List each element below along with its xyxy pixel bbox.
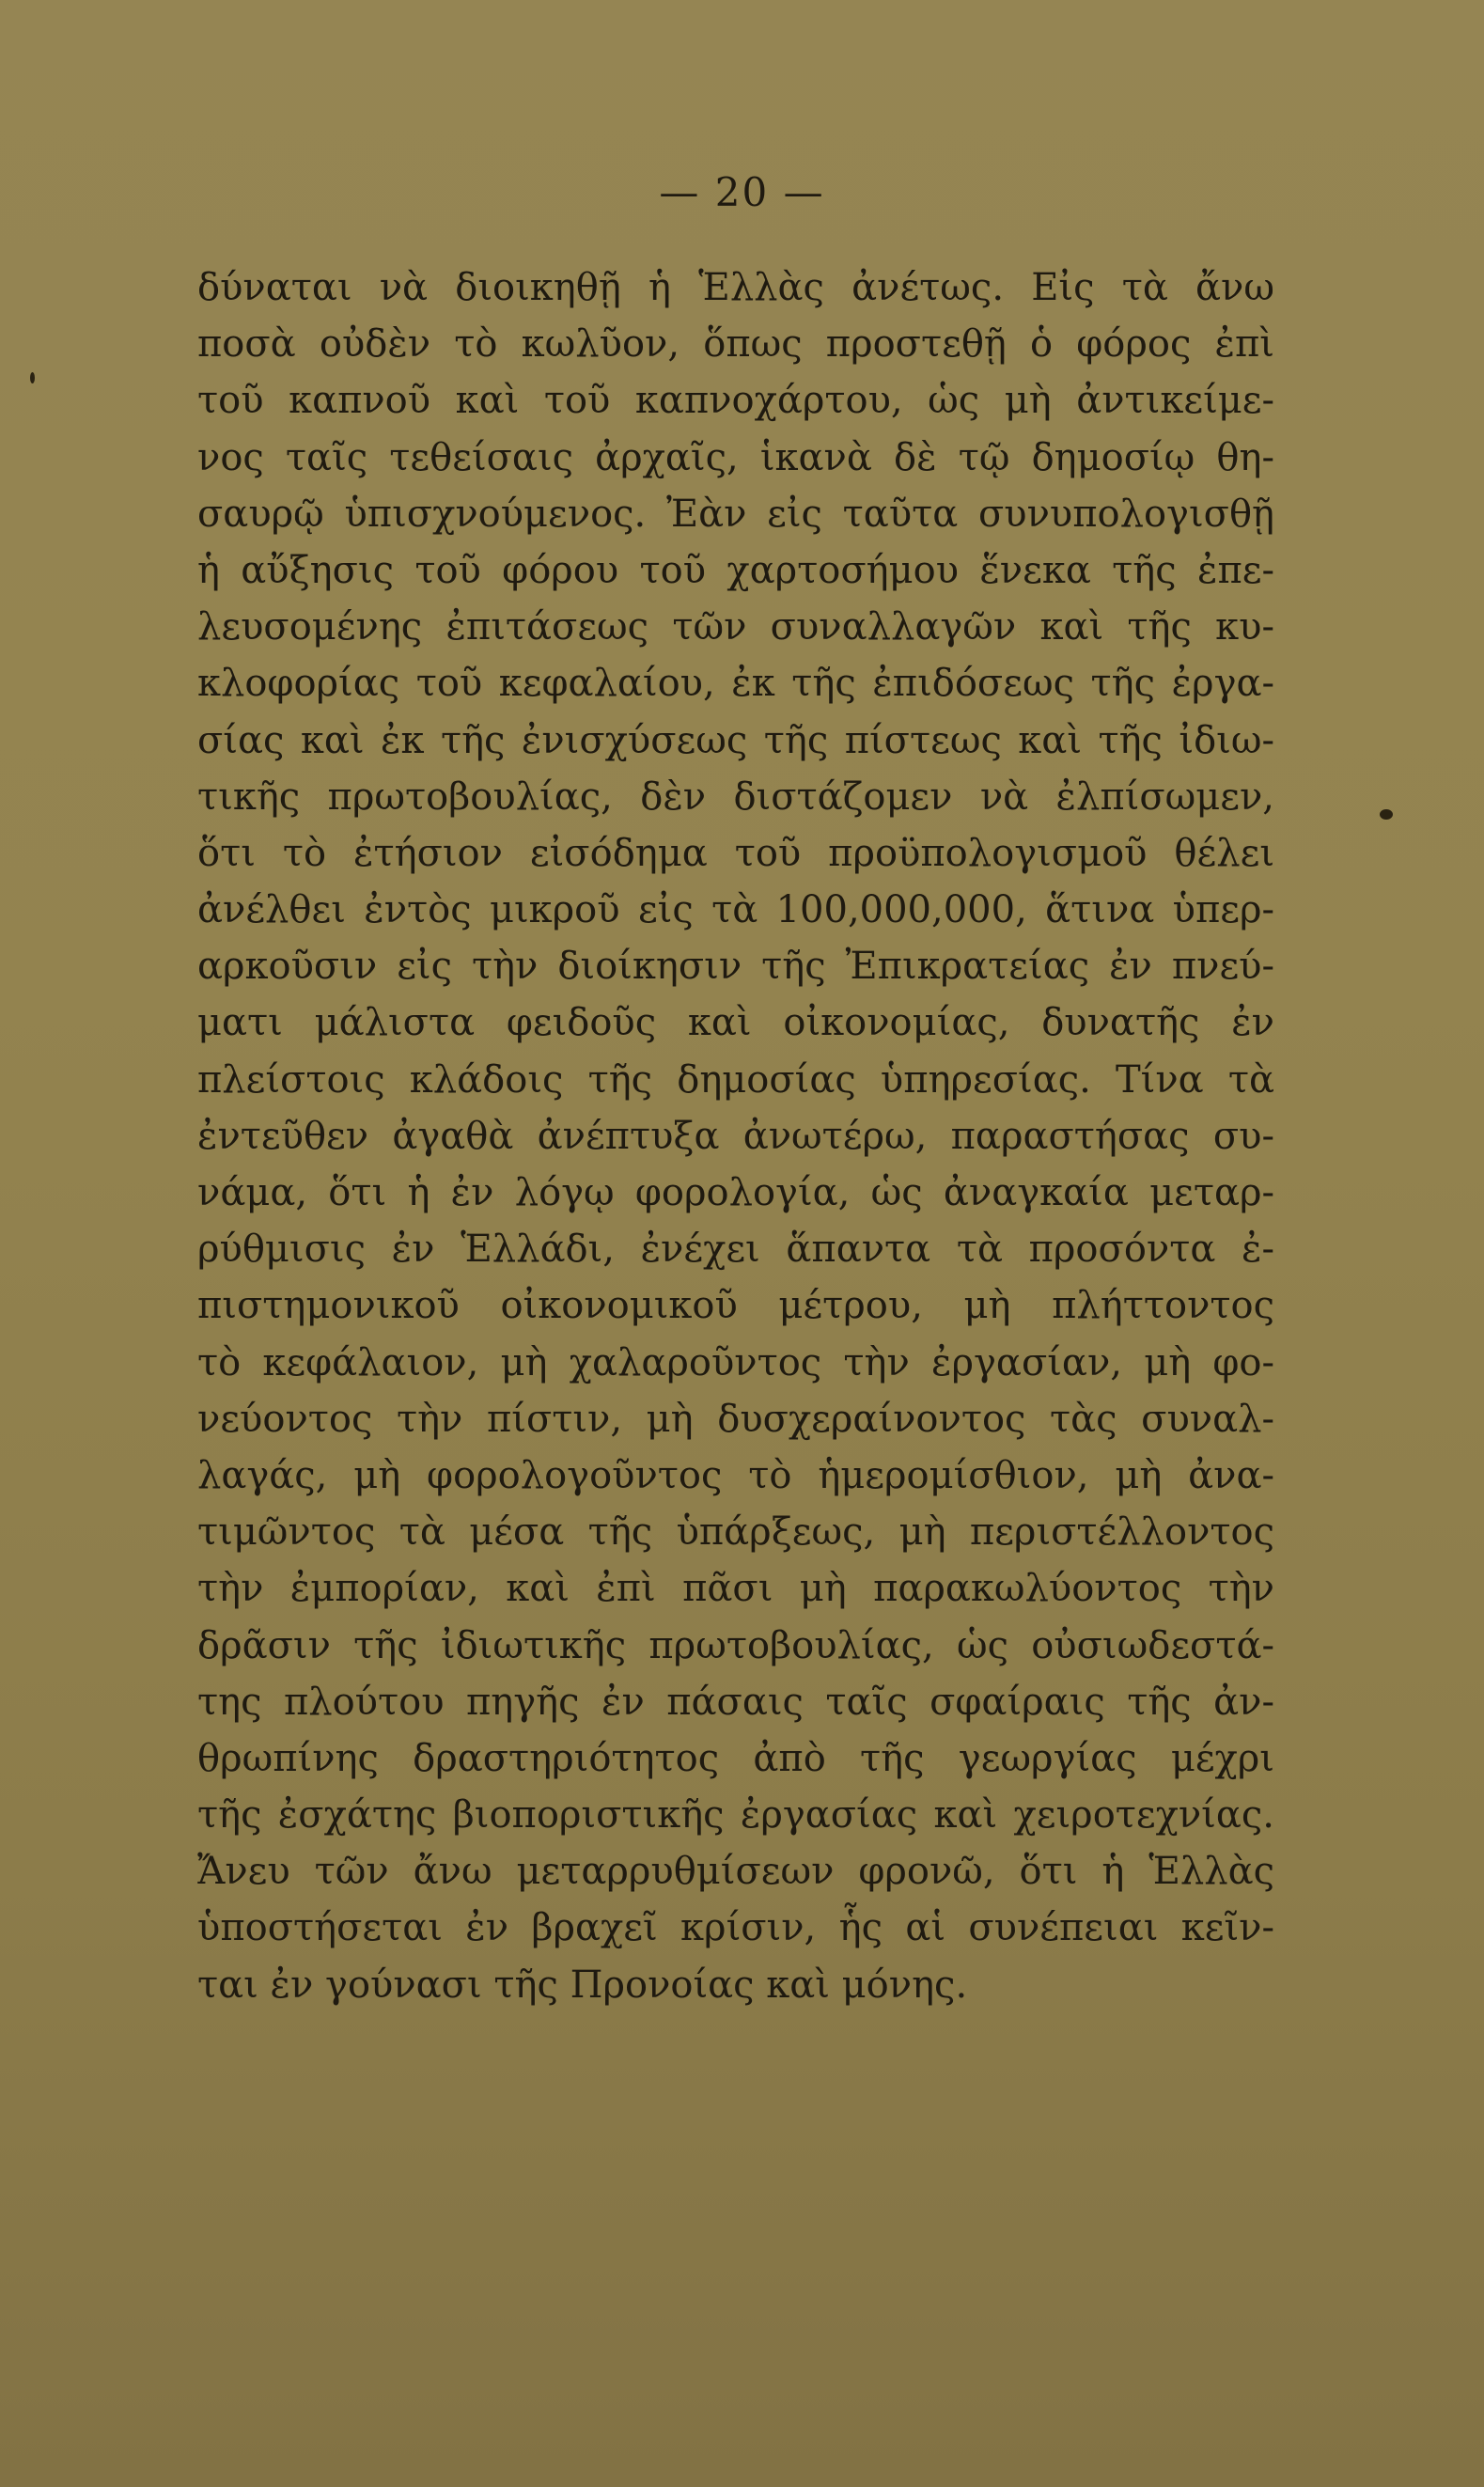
text-line: τιμῶντος τὰ μέσα τῆς ὑπάρξεως, μὴ περιστ… xyxy=(197,1504,1274,1560)
text-line: τῆς ἐσχάτης βιοποριστικῆς ἐργασίας καὶ χ… xyxy=(197,1787,1274,1843)
text-line: σαυρῷ ὑπισχνούμενος. Ἐὰν εἰς ταῦτα συνυπ… xyxy=(197,486,1274,542)
text-line: δρᾶσιν τῆς ἰδιωτικῆς πρωτοβουλίας, ὡς οὐ… xyxy=(197,1618,1274,1674)
ink-speck xyxy=(30,372,35,383)
text-line: θρωπίνης δραστηριότητος ἀπὸ τῆς γεωργίας… xyxy=(197,1730,1274,1787)
text-line: σίας καὶ ἐκ τῆς ἐνισχύσεως τῆς πίστεως κ… xyxy=(197,712,1274,769)
text-line: αρκοῦσιν εἰς τὴν διοίκησιν τῆς Ἐπικρατεί… xyxy=(197,938,1274,994)
text-line: ματι μάλιστα φειδοῦς καὶ οἰκονομίας, δυν… xyxy=(197,994,1274,1051)
text-line: νεύοντος τὴν πίστιν, μὴ δυσχεραίνοντος τ… xyxy=(197,1391,1274,1447)
text-line: κλοφορίας τοῦ κεφαλαίου, ἐκ τῆς ἐπιδόσεω… xyxy=(197,655,1274,712)
page-number: — 20 — xyxy=(0,167,1484,218)
text-line: λευσομένης ἐπιτάσεως τῶν συναλλαγῶν καὶ … xyxy=(197,599,1274,655)
text-line: τὸ κεφάλαιον, μὴ χαλαροῦντος τὴν ἐργασία… xyxy=(197,1335,1274,1391)
body-text: δύναται νὰ διοικηθῇ ἡ Ἑλλὰς ἀνέτως. Εἰς … xyxy=(197,259,1274,2013)
text-line: ρύθμισις ἐν Ἑλλάδι, ἐνέχει ἅπαντα τὰ προ… xyxy=(197,1221,1274,1277)
text-line: ἀνέλθει ἐντὸς μικροῦ εἰς τὰ 100,000,000,… xyxy=(197,882,1274,938)
text-line: τὴν ἐμπορίαν, καὶ ἐπὶ πᾶσι μὴ παρακωλύον… xyxy=(197,1560,1274,1617)
text-line: ποσὰ οὐδὲν τὸ κωλῦον, ὅπως προστεθῇ ὁ φό… xyxy=(197,316,1274,372)
text-line: τοῦ καπνοῦ καὶ τοῦ καπνοχάρτου, ὡς μὴ ἀν… xyxy=(197,372,1274,429)
text-line: ται ἐν γούνασι τῆς Προνοίας καὶ μόνης. xyxy=(197,1957,1274,2013)
text-line: πιστημονικοῦ οἰκονομικοῦ μέτρου, μὴ πλήτ… xyxy=(197,1277,1274,1334)
text-line: πλείστοις κλάδοις τῆς δημοσίας ὑπηρεσίας… xyxy=(197,1052,1274,1108)
ink-speck xyxy=(1380,809,1393,820)
text-line: νάμα, ὅτι ἡ ἐν λόγῳ φορολογία, ὡς ἀναγκα… xyxy=(197,1165,1274,1221)
text-line: Ἄνευ τῶν ἄνω μεταρρυθμίσεων φρονῶ, ὅτι ἡ… xyxy=(197,1843,1274,1900)
text-line: ὅτι τὸ ἐτήσιον εἰσόδημα τοῦ προϋπολογισμ… xyxy=(197,825,1274,882)
text-line: νος ταῖς τεθείσαις ἀρχαῖς, ἱκανὰ δὲ τῷ δ… xyxy=(197,430,1274,486)
text-line: τικῆς πρωτοβουλίας, δὲν διστάζομεν νὰ ἐλ… xyxy=(197,769,1274,825)
text-line: ἐντεῦθεν ἀγαθὰ ἀνέπτυξα ἀνωτέρω, παραστή… xyxy=(197,1108,1274,1165)
text-line: δύναται νὰ διοικηθῇ ἡ Ἑλλὰς ἀνέτως. Εἰς … xyxy=(197,259,1274,316)
text-line: λαγάς, μὴ φορολογοῦντος τὸ ἡμερομίσθιον,… xyxy=(197,1447,1274,1504)
text-line: ὑποστήσεται ἐν βραχεῖ κρίσιν, ἧς αἱ συνέ… xyxy=(197,1900,1274,1956)
text-line: της πλούτου πηγῆς ἐν πάσαις ταῖς σφαίραι… xyxy=(197,1674,1274,1730)
text-line: ἡ αὔξησις τοῦ φόρου τοῦ χαρτοσήμου ἕνεκα… xyxy=(197,542,1274,599)
